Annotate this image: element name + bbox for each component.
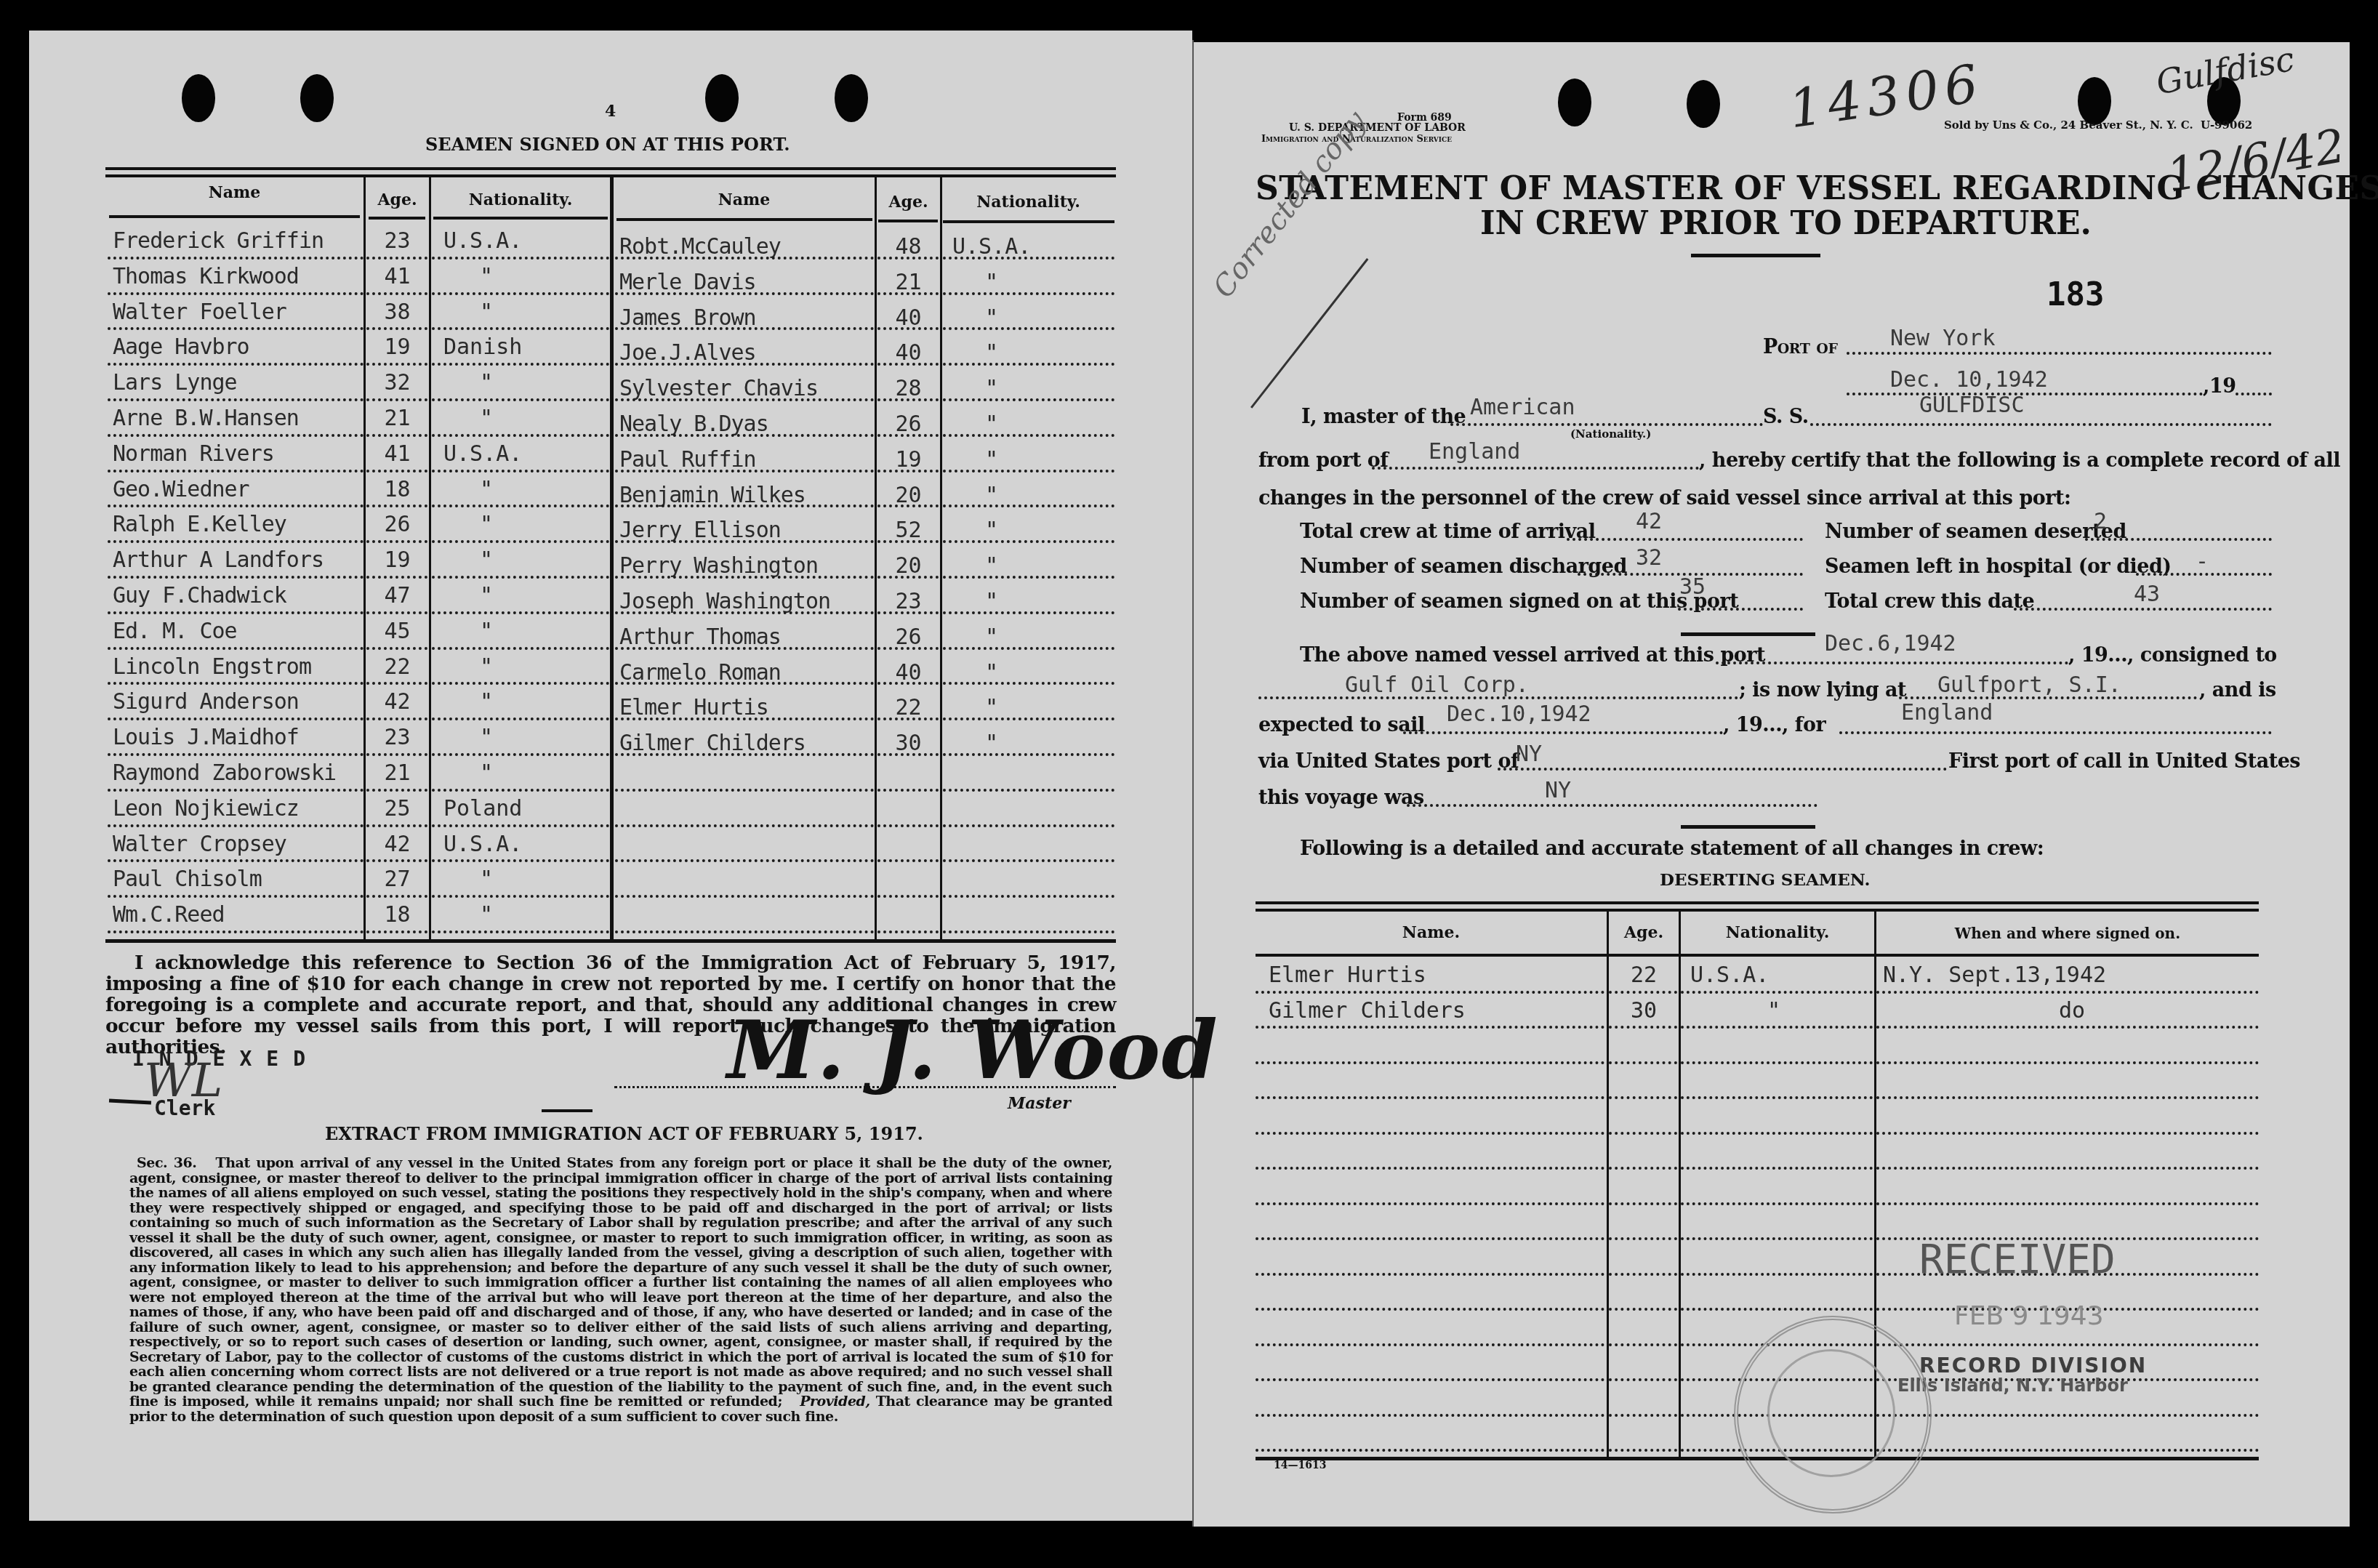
seaman-age: 23 (366, 725, 429, 750)
received-stamp-title: RECEIVED (1919, 1236, 2116, 1283)
seaman-name: Sylvester Chavis (619, 376, 818, 401)
fill-line (1810, 423, 2272, 426)
column-header: Name. (1256, 923, 1607, 942)
column-header: Name (614, 190, 875, 209)
punch-hole-icon (182, 74, 215, 122)
row-line (1609, 1026, 1677, 1029)
seaman-nationality: " (480, 264, 493, 289)
row-line (108, 504, 363, 507)
seaman-nationality: " (480, 902, 493, 928)
row-line (877, 717, 939, 720)
row-line (366, 682, 427, 685)
seaman-name: Norman Rivers (113, 441, 274, 467)
row-line (108, 859, 363, 862)
row-line (1256, 991, 1604, 994)
clerk-label: Clerk (154, 1096, 215, 1120)
page-number: 4 (605, 102, 616, 121)
row-line (877, 470, 939, 473)
row-line (432, 576, 609, 579)
seaman-name: Arne B.W.Hansen (113, 406, 299, 431)
header-underline (433, 217, 608, 220)
seaman-age: 40 (877, 305, 940, 331)
seaman-age: 21 (366, 760, 429, 786)
seaman-name: James Brown (619, 305, 756, 331)
row-line (615, 930, 874, 933)
seaman-nationality: " (480, 654, 493, 680)
row-line (943, 327, 1114, 330)
row-line (366, 363, 427, 366)
total-arrival-label: Total crew at time of arrival (1300, 520, 1596, 543)
seaman-name: Guy F.Chadwick (113, 583, 286, 608)
row-line (432, 682, 609, 685)
deserted-value: 2 (2094, 509, 2107, 534)
fill-line (1407, 804, 1817, 807)
seaman-age: 47 (366, 583, 429, 608)
seaman-age: 45 (366, 619, 429, 644)
date-value: Dec. 10,1942 (1890, 367, 2048, 393)
row-line (1609, 1167, 1677, 1170)
port-of-label: Port of (1763, 336, 1837, 358)
seaman-nationality: " (985, 270, 998, 295)
row-line (615, 470, 874, 473)
seaman-name: Ralph E.Kelley (113, 512, 286, 537)
punch-hole-icon (1558, 79, 1591, 126)
row-line (366, 540, 427, 543)
punch-hole-icon (835, 74, 868, 122)
row-line (432, 504, 609, 507)
row-line (1876, 1202, 2259, 1205)
seaman-age: 30 (877, 731, 940, 756)
received-stamp-location: Ellis Island, N.Y. Harbor (1897, 1375, 2128, 1396)
seaman-age: 20 (877, 483, 940, 508)
seaman-age: 21 (366, 406, 429, 431)
seaman-name: Raymond Zaborowski (113, 760, 336, 786)
for-label: , 19..., for (1723, 714, 1825, 736)
lying-label: ; is now lying at (1739, 679, 1906, 701)
deserter-nationality: " (1690, 998, 1857, 1024)
row-line (432, 363, 609, 366)
fill-line (1716, 662, 2068, 664)
header-underline (616, 218, 872, 221)
sold-by: Sold by Uns & Co., 24 Beaver St., N. Y. … (1944, 118, 2193, 132)
row-line (108, 434, 363, 437)
row-line (1876, 1061, 2259, 1064)
row-line (1876, 1343, 2259, 1346)
row-line (877, 682, 939, 685)
row-line (877, 257, 939, 260)
seaman-nationality: Poland (443, 796, 522, 821)
column-header: When and where signed on. (1876, 925, 2259, 942)
fill-line (2236, 393, 2272, 395)
seaman-nationality: " (985, 553, 998, 579)
row-line (877, 859, 939, 862)
row-line (1876, 1414, 2259, 1417)
fill-line (1847, 393, 2203, 395)
master-signature: M. J. Wood (727, 1003, 1219, 1097)
consigned-suffix: , 19..., consigned to (2068, 644, 2277, 667)
seaman-age: 22 (366, 654, 429, 680)
row-line (1609, 1273, 1677, 1276)
deserter-age: 22 (1609, 962, 1679, 988)
row-line (615, 789, 874, 792)
punch-hole-icon (300, 74, 334, 122)
row-line (1256, 1202, 1604, 1205)
received-stamp-date: FEB 9 1943 (1954, 1301, 2104, 1331)
row-line (366, 470, 427, 473)
seaman-age: 26 (877, 624, 940, 650)
row-line (877, 611, 939, 614)
column-header: Age. (1609, 923, 1679, 942)
fill-line (1498, 768, 1947, 771)
list-number: 183 (2046, 276, 2104, 313)
row-line (943, 611, 1114, 614)
seaman-age: 27 (366, 867, 429, 892)
arrived-value: Dec.6,1942 (1825, 631, 1956, 656)
row-line (1609, 1096, 1677, 1099)
column-divider (1607, 912, 1609, 1458)
seaman-nationality: " (480, 512, 493, 537)
seaman-age: 19 (877, 447, 940, 473)
row-line (1609, 1202, 1677, 1205)
row-line (1681, 1132, 1873, 1135)
row-line (108, 717, 363, 720)
seaman-age: 26 (366, 512, 429, 537)
seaman-name: Joe.J.Alves (619, 340, 756, 366)
form-title-line1: STATEMENT OF MASTER OF VESSEL REGARDING … (1256, 170, 2378, 207)
row-line (615, 576, 874, 579)
seaman-nationality: " (985, 305, 998, 331)
date-suffix: ,19 (2203, 375, 2236, 398)
row-line (1256, 1061, 1604, 1064)
column-divider (610, 177, 614, 941)
section-36-text: Sec. 36. That upon arrival of any vessel… (129, 1156, 1112, 1424)
seaman-name: Paul Ruffin (619, 447, 756, 473)
seaman-nationality: " (985, 411, 998, 437)
row-line (877, 363, 939, 366)
row-line (1876, 1132, 2259, 1135)
seaman-name: Paul Chisolm (113, 867, 262, 892)
seaman-name: Lincoln Engstrom (113, 654, 311, 680)
seaman-name: Elmer Hurtis (619, 695, 768, 720)
divider-rule (1681, 632, 1815, 636)
row-line (1256, 1273, 1604, 1276)
row-line (1256, 1378, 1604, 1381)
section-title: SEAMEN SIGNED ON AT THIS PORT. (425, 134, 790, 155)
total-date-label: Total crew this date (1825, 590, 2034, 613)
seaman-nationality: " (480, 299, 493, 325)
deserter-signed-on: do (1883, 998, 2261, 1024)
row-line (1681, 1167, 1873, 1170)
row-line (108, 930, 363, 933)
row-line (108, 824, 363, 827)
row-line (1609, 1308, 1677, 1311)
table-top-rule (1256, 909, 2259, 912)
seaman-nationality: U.S.A. (443, 832, 522, 857)
row-line (943, 859, 1114, 862)
seaman-name: Frederick Griffin (113, 228, 324, 254)
header-underline (878, 220, 938, 222)
seaman-name: Aage Havbro (113, 334, 249, 360)
column-header: Age. (877, 193, 940, 212)
row-line (366, 611, 427, 614)
row-line (943, 647, 1114, 650)
seaman-name: Gilmer Childers (619, 731, 806, 756)
section-body: That upon arrival of any vessel in the U… (129, 1155, 1112, 1410)
row-line (943, 434, 1114, 437)
row-line (432, 789, 609, 792)
row-line (943, 824, 1114, 827)
table-top-rule (105, 167, 1116, 170)
voyage-value: NY (1545, 778, 1571, 803)
seaman-nationality: " (480, 370, 493, 395)
row-line (943, 540, 1114, 543)
nationality-caption: (Nationality.) (1570, 427, 1651, 441)
row-line (108, 895, 363, 898)
row-line (615, 540, 874, 543)
column-divider (1679, 912, 1681, 1458)
fill-line (2014, 608, 2272, 611)
seaman-name: Robt.McCauley (619, 234, 781, 260)
seaman-age: 52 (877, 518, 940, 543)
row-line (1256, 1449, 1604, 1452)
column-divider (940, 177, 942, 941)
first-port-label: First port of call in United States (1948, 750, 2300, 773)
via-label: via United States port of (1258, 750, 1519, 773)
column-header: Nationality. (942, 193, 1114, 212)
total-date-value: 43 (2134, 582, 2160, 607)
column-header: Nationality. (1681, 923, 1874, 942)
row-line (432, 257, 609, 260)
seaman-nationality: " (985, 589, 998, 614)
row-line (943, 292, 1114, 295)
seaman-name: Wm.C.Reed (113, 902, 225, 928)
row-line (1876, 1167, 2259, 1170)
row-line (1609, 1237, 1677, 1240)
row-line (877, 292, 939, 295)
seaman-age: 48 (877, 234, 940, 260)
row-line (432, 930, 609, 933)
row-line (1609, 1449, 1677, 1452)
seaman-nationality: " (985, 624, 998, 650)
seaman-nationality: " (985, 695, 998, 720)
row-line (1609, 991, 1677, 994)
via-value: NY (1516, 741, 1542, 767)
seaman-age: 40 (877, 340, 940, 366)
row-line (615, 824, 874, 827)
seaman-nationality: " (985, 340, 998, 366)
ss-label: S. S. (1763, 406, 1809, 428)
row-line (943, 363, 1114, 366)
column-header: Nationality. (431, 190, 610, 209)
row-line (366, 789, 427, 792)
seaman-nationality: " (480, 547, 493, 573)
seaman-nationality: " (985, 376, 998, 401)
signed-on-value: 35 (1679, 574, 1706, 600)
department-name: U. S. DEPARTMENT OF LABOR (1289, 122, 1466, 134)
row-line (432, 859, 609, 862)
stock-number: U-99062 (2201, 118, 2252, 132)
divider-rule (1691, 254, 1820, 257)
row-line (432, 824, 609, 827)
row-line (877, 753, 939, 756)
row-line (366, 398, 427, 401)
extract-heading: EXTRACT FROM IMMIGRATION ACT OF FEBRUARY… (325, 1123, 923, 1144)
row-line (1256, 1026, 1604, 1029)
row-line (366, 327, 427, 330)
row-line (615, 859, 874, 862)
row-line (1681, 1308, 1873, 1311)
section-label: Sec. 36. (137, 1155, 197, 1171)
row-line (877, 647, 939, 650)
row-line (615, 398, 874, 401)
row-line (1681, 1202, 1873, 1205)
seaman-age: 18 (366, 902, 429, 928)
row-line (366, 895, 427, 898)
seaman-age: 38 (366, 299, 429, 325)
seaman-nationality: " (480, 477, 493, 502)
row-line (432, 434, 609, 437)
seaman-name: Leon Nojkiewicz (113, 796, 299, 821)
seaman-nationality: " (480, 867, 493, 892)
seaman-age: 23 (877, 589, 940, 614)
fill-line (1847, 352, 2272, 355)
seaman-age: 20 (877, 553, 940, 579)
seaman-nationality: " (480, 619, 493, 644)
column-divider (429, 177, 431, 941)
seaman-name: Geo.Wiedner (113, 477, 249, 502)
row-line (1256, 1343, 1604, 1346)
row-line (615, 611, 874, 614)
row-line (877, 789, 939, 792)
row-line (943, 930, 1114, 933)
divider-rule (542, 1109, 593, 1112)
fill-line (1450, 423, 1763, 426)
seaman-nationality: " (985, 518, 998, 543)
port-of-value: New York (1890, 326, 1996, 351)
row-line (877, 327, 939, 330)
row-line (366, 930, 427, 933)
discharged-value: 32 (1636, 545, 1662, 571)
header-underline (1256, 954, 2259, 957)
fill-line (2085, 538, 2272, 541)
header-underline (109, 215, 360, 218)
seaman-age: 19 (366, 547, 429, 573)
row-line (432, 398, 609, 401)
row-line (1256, 1414, 1604, 1417)
from-port-label: from port of (1258, 449, 1388, 472)
row-line (108, 292, 363, 295)
row-line (108, 789, 363, 792)
expected-value: Dec.10,1942 (1447, 701, 1591, 727)
deserter-age: 30 (1609, 998, 1679, 1024)
row-line (108, 753, 363, 756)
round-seal-icon (1734, 1316, 1932, 1513)
row-line (1609, 1061, 1677, 1064)
seaman-age: 18 (366, 477, 429, 502)
row-line (615, 682, 874, 685)
seaman-nationality: " (985, 660, 998, 686)
row-line (1681, 1237, 1873, 1240)
right-page (1192, 42, 2350, 1527)
seaman-name: Joseph Washington (619, 589, 830, 614)
row-line (432, 717, 609, 720)
seaman-age: 26 (877, 411, 940, 437)
master-of-label: I, master of the (1301, 406, 1466, 428)
seaman-name: Louis J.Maidhof (113, 725, 299, 750)
row-line (1681, 1273, 1873, 1276)
row-line (108, 327, 363, 330)
row-line (943, 753, 1114, 756)
column-header: Name (105, 183, 363, 202)
vessel-name: GULFDISC (1919, 393, 2025, 418)
row-line (366, 753, 427, 756)
row-line (1609, 1378, 1677, 1381)
row-line (366, 576, 427, 579)
seaman-name: Lars Lynge (113, 370, 237, 395)
row-line (1876, 1449, 2259, 1452)
header-underline (369, 217, 425, 220)
page-fold (1192, 40, 1194, 1527)
seaman-age: 22 (877, 695, 940, 720)
row-line (108, 363, 363, 366)
row-line (1876, 1026, 2259, 1029)
nationality-value: American (1470, 395, 1575, 420)
row-line (432, 540, 609, 543)
row-line (108, 540, 363, 543)
row-line (1681, 991, 1873, 994)
punch-hole-icon (1687, 80, 1720, 128)
seaman-name: Thomas Kirkwood (113, 264, 299, 289)
row-line (877, 540, 939, 543)
seaman-age: 42 (366, 689, 429, 715)
row-line (432, 611, 609, 614)
row-line (1256, 1167, 1604, 1170)
row-line (615, 717, 874, 720)
following-text: Following is a detailed and accurate sta… (1300, 837, 2044, 860)
seaman-age: 40 (877, 660, 940, 686)
seaman-name: Sigurd Anderson (113, 689, 299, 715)
row-line (1256, 1132, 1604, 1135)
hospital-label: Seamen left in hospital (or died) (1825, 555, 2172, 578)
row-line (1609, 1343, 1677, 1346)
row-line (615, 895, 874, 898)
row-line (615, 753, 874, 756)
row-line (943, 789, 1114, 792)
row-line (1256, 1308, 1604, 1311)
header-underline (943, 220, 1114, 223)
seaman-name: Merle Davis (619, 270, 756, 295)
punch-hole-icon (705, 74, 739, 122)
row-line (432, 647, 609, 650)
row-line (366, 434, 427, 437)
changes-text: changes in the personnel of the crew of … (1258, 487, 2070, 510)
table-bottom-rule (105, 939, 1116, 943)
fill-line (1678, 608, 1803, 611)
row-line (366, 257, 427, 260)
seaman-name: Jerry Ellison (619, 518, 781, 543)
row-line (943, 257, 1114, 260)
row-line (108, 576, 363, 579)
row-line (366, 859, 427, 862)
row-line (877, 576, 939, 579)
arrived-label: The above named vessel arrived at this p… (1300, 644, 1765, 667)
seaman-nationality: " (985, 731, 998, 756)
seaman-age: 21 (877, 270, 940, 295)
fill-line (1839, 731, 2272, 734)
row-line (108, 470, 363, 473)
row-line (943, 576, 1114, 579)
row-line (432, 327, 609, 330)
